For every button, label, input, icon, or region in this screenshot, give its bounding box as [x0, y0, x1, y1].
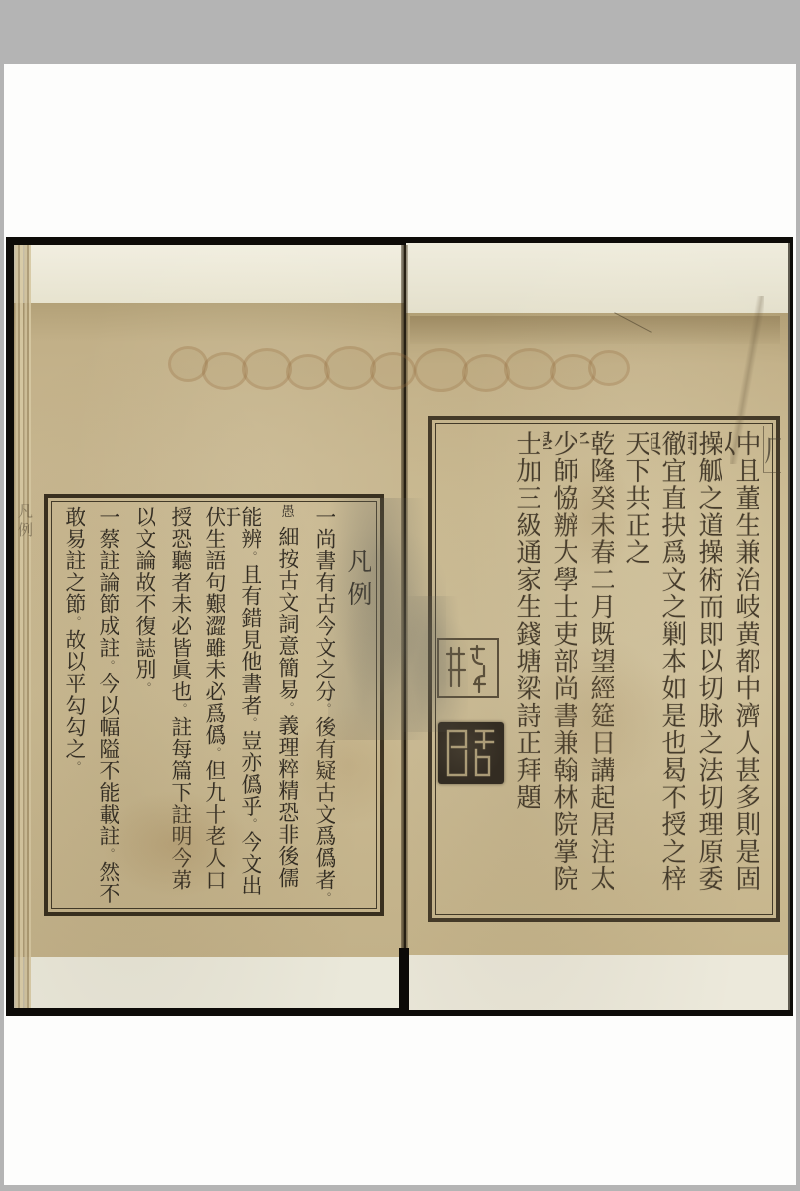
stacked-page-edges [14, 245, 31, 1008]
cropped-margin-character: 厂 [763, 426, 781, 473]
left-text-frame-inner [51, 501, 377, 909]
page-bottom-edge [14, 957, 404, 1008]
partial-char-glyph: 厂 [764, 434, 781, 469]
upper-seal [437, 638, 499, 698]
page-top-edge [14, 245, 404, 303]
small-note-char: 愚 [276, 504, 296, 518]
left-text-frame [44, 494, 384, 916]
center-fold-gutter [401, 245, 408, 1008]
scanned-book-photo: 凡例 凡例 一尚書有古今文之分。後有疑古文爲僞者。 愚 細按古文詞意簡易。義理粹… [0, 0, 800, 1191]
lower-seal-glyphs [438, 722, 504, 784]
right-page: 厂 中且董生兼治岐黄都中濟人甚多則是固以 操觚之道操術而即以切脉之法切理原委洞 … [406, 243, 790, 1010]
upper-seal-glyphs [439, 640, 497, 696]
left-page: 凡例 凡例 一尚書有古今文之分。後有疑古文爲僞者。 愚 細按古文詞意簡易。義理粹… [14, 245, 404, 1008]
page-bottom-edge [406, 955, 788, 1010]
gutter-bottom-gap [399, 948, 409, 1010]
page-top-edge [406, 243, 788, 313]
spine-label: 凡例 [15, 503, 36, 541]
lower-seal [438, 722, 504, 784]
